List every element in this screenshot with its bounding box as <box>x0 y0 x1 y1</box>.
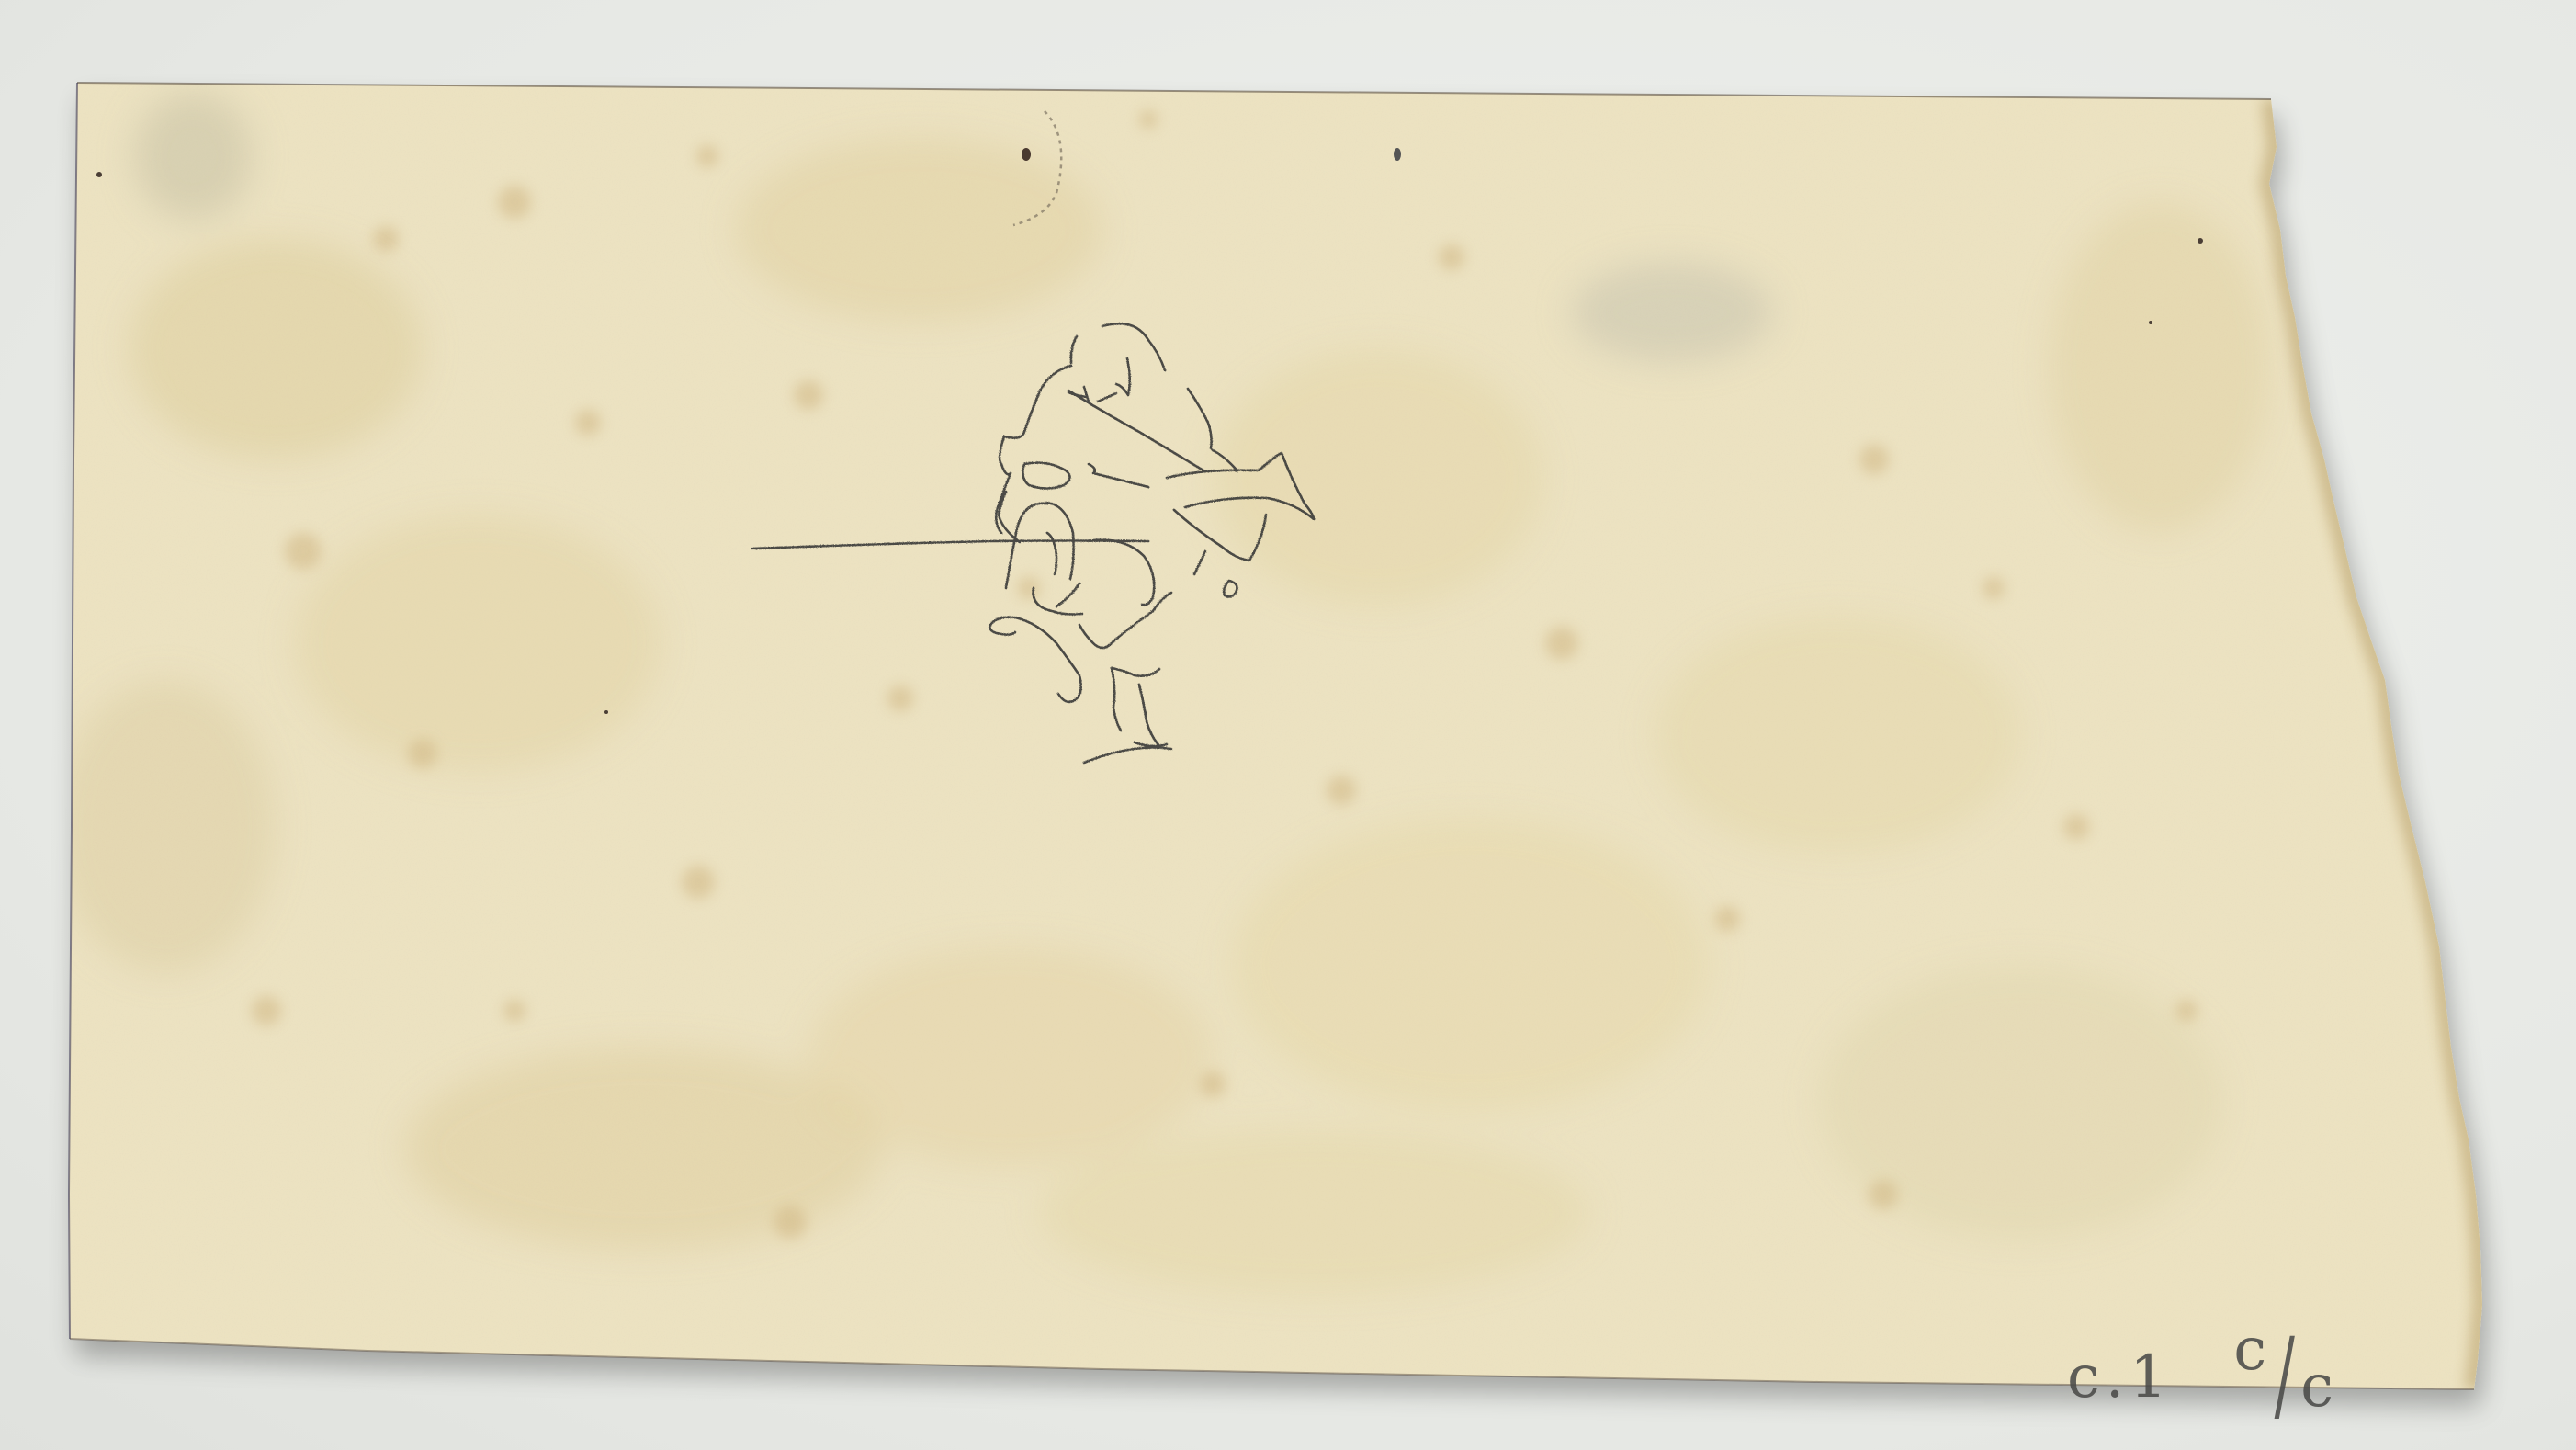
annotation-numerator: c <box>2233 1316 2272 1384</box>
annotation-denominator: c <box>2300 1353 2339 1421</box>
scan-background: c.1 c/c pencil sketch of a figure with a… <box>0 0 2576 1450</box>
paper-surface <box>0 0 2576 1450</box>
annotation-prefix: c.1 <box>2067 1343 2173 1411</box>
catalog-annotation: c.1 c/c <box>2067 1303 2339 1421</box>
annotation-slash: / <box>2275 1316 2299 1433</box>
paper-sheet <box>0 0 2576 1450</box>
